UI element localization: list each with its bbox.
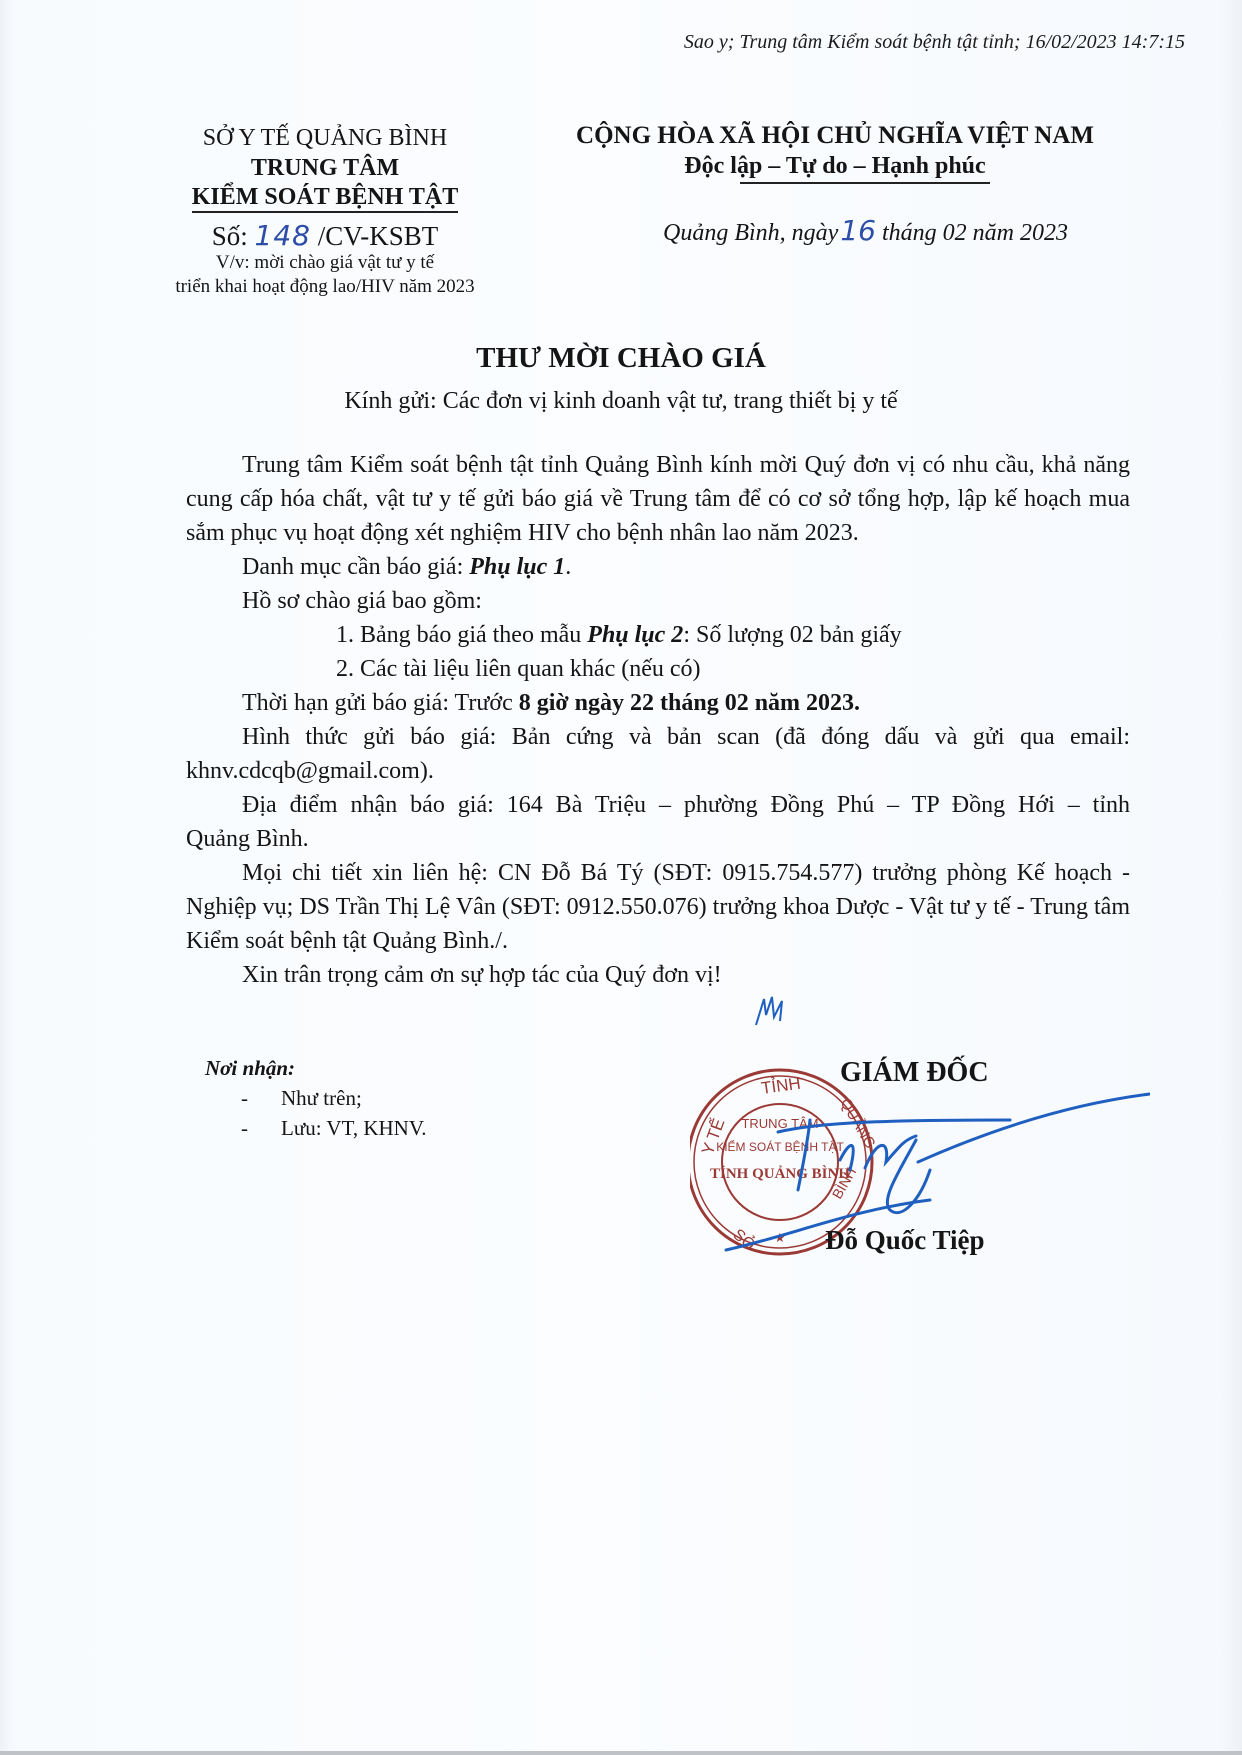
- recipients-block: Nơi nhận: - Như trên; - Lưu: VT, KHNV.: [205, 1053, 427, 1143]
- doc-number-suffix: /CV-KSBT: [318, 221, 439, 251]
- motto-text: Độc lập – Tự do – Hạnh phúc: [684, 153, 985, 179]
- recipient-item: - Như trên;: [205, 1083, 427, 1113]
- catalog-label: Danh mục cần báo giá:: [242, 554, 469, 580]
- issuing-agency-header: SỞ Y TẾ QUẢNG BÌNH TRUNG TÂM KIỂM SOÁT B…: [140, 123, 510, 299]
- initials-signature-icon: [752, 991, 792, 1031]
- seal-inner-line3: TỈNH QUẢNG BÌNH: [710, 1165, 850, 1182]
- page-edge: [0, 1751, 1242, 1755]
- signature-block: TỈNH Y TẾ QUẢNG SỞ BÌNH TRUNG TÂM KIỂM S…: [690, 1050, 1150, 1280]
- seal-inner-line2: KIỂM SOÁT BỆNH TẬT: [716, 1139, 844, 1154]
- dossier-item-suffix: : Số lượng 02 bản giấy: [683, 622, 901, 648]
- submission-paragraph: Hình thức gửi báo giá: Bản cứng và bản s…: [186, 720, 1130, 754]
- doc-number-prefix: Số:: [212, 221, 248, 251]
- document-title: THƯ MỜI CHÀO GIÁ: [0, 342, 1242, 375]
- national-header: CỘNG HÒA XÃ HỘI CHỦ NGHĨA VIỆT NAM Độc l…: [545, 121, 1125, 181]
- subject-line2: triển khai hoạt động lao/HIV năm 2023: [140, 275, 510, 299]
- catalog-paragraph: Danh mục cần báo giá: Phụ lục 1.: [186, 550, 1130, 584]
- dossier-item-text: 1. Bảng báo giá theo mẫu: [336, 622, 587, 648]
- bullet: -: [205, 1083, 281, 1113]
- deadline-value: 8 giờ ngày 22 tháng 02 năm 2023.: [519, 690, 860, 716]
- date-day-handwritten: 16: [840, 214, 876, 247]
- date-prefix: Quảng Bình, ngày: [663, 220, 838, 246]
- signer-position: GIÁM ĐỐC: [840, 1057, 989, 1089]
- certified-copy-stamp: Sao y; Trung tâm Kiểm soát bệnh tật tỉnh…: [684, 31, 1185, 54]
- date-suffix: tháng 02 năm 2023: [882, 220, 1068, 246]
- national-motto: Độc lập – Tự do – Hạnh phúc: [684, 151, 985, 181]
- dossier-item: 2. Các tài liệu liên quan khác (nếu có): [186, 652, 1130, 686]
- catalog-end: .: [565, 554, 571, 580]
- seal-inner-line1: TRUNG TÂM: [741, 1116, 818, 1131]
- dossier-item-appendix: Phụ lục 2: [587, 622, 683, 648]
- seal-outer-top: TỈNH: [760, 1074, 802, 1098]
- catalog-appendix: Phụ lục 1: [469, 554, 565, 580]
- dossier-item-text: 2. Các tài liệu liên quan khác (nếu có): [336, 656, 701, 682]
- addressee-greeting: Kính gửi: Các đơn vị kinh doanh vật tư, …: [0, 388, 1242, 415]
- parent-agency: SỞ Y TẾ QUẢNG BÌNH: [140, 123, 510, 153]
- signer-name: Đỗ Quốc Tiệp: [825, 1225, 985, 1256]
- document-page: Sao y; Trung tâm Kiểm soát bệnh tật tỉnh…: [0, 0, 1242, 1755]
- contact-paragraph: Mọi chi tiết xin liên hệ: CN Đỗ Bá Tý (S…: [186, 856, 1130, 958]
- bullet: -: [205, 1113, 281, 1143]
- recipient-text: Như trên;: [281, 1083, 362, 1113]
- deadline-paragraph: Thời hạn gửi báo giá: Trước 8 giờ ngày 2…: [186, 686, 1130, 720]
- location-line2: Quảng Bình.: [186, 822, 1130, 856]
- nation-name: CỘNG HÒA XÃ HỘI CHỦ NGHĨA VIỆT NAM: [545, 121, 1125, 151]
- letter-body: Trung tâm Kiểm soát bệnh tật tỉnh Quảng …: [186, 448, 1130, 992]
- location-line1: Địa điểm nhận báo giá: 164 Bà Triệu – ph…: [186, 788, 1130, 822]
- dossier-label: Hồ sơ chào giá bao gồm:: [186, 584, 1130, 618]
- document-number: Số: 148 /CV-KSBT: [140, 221, 510, 251]
- deadline-label: Thời hạn gửi báo giá: Trước: [242, 690, 519, 716]
- unit-name-line1: TRUNG TÂM: [140, 153, 510, 183]
- dossier-item: 1. Bảng báo giá theo mẫu Phụ lục 2: Số l…: [186, 618, 1130, 652]
- subject-line1: V/v: mời chào giá vật tư y tế: [140, 251, 510, 275]
- closing-text: Xin trân trọng cảm ơn sự hợp tác của Quý…: [242, 962, 722, 988]
- closing-paragraph: Xin trân trọng cảm ơn sự hợp tác của Quý…: [186, 958, 1130, 992]
- place-and-date: Quảng Bình, ngày16tháng 02 năm 2023: [663, 214, 1068, 247]
- recipients-label: Nơi nhận:: [205, 1053, 427, 1083]
- motto-underline: [740, 182, 989, 184]
- submission-email: khnv.cdcqb@gmail.com).: [186, 754, 1130, 788]
- intro-paragraph: Trung tâm Kiểm soát bệnh tật tỉnh Quảng …: [186, 448, 1130, 550]
- recipient-item: - Lưu: VT, KHNV.: [205, 1113, 427, 1143]
- doc-number-handwritten: 148: [255, 219, 311, 252]
- recipient-text: Lưu: VT, KHNV.: [281, 1113, 427, 1143]
- unit-name-line2: KIỂM SOÁT BỆNH TẬT: [192, 183, 459, 213]
